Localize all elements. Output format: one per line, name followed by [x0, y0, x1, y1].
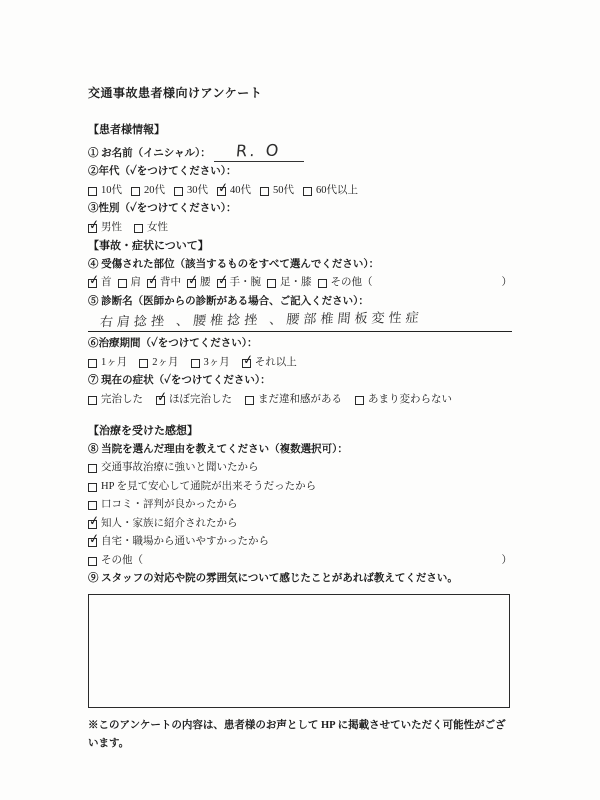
checkbox-label: 2ヶ月	[152, 354, 178, 373]
age-options-row: ✓ 10代 ✓ 20代 ✓ 30代 ✓ 40代 ✓ 50代 ✓ 60代以上	[88, 182, 512, 201]
checkbox[interactable]: ✓	[242, 359, 251, 368]
duration-checkbox-option[interactable]: ✓ それ以上	[242, 354, 297, 373]
checkbox-label: 腰	[200, 274, 211, 293]
checkbox[interactable]: ✓	[88, 187, 97, 196]
reason-checkbox-option[interactable]: ✓ 知人・家族に紹介されたから	[88, 515, 512, 534]
check-icon: ✓	[88, 272, 101, 292]
handwritten-comment-line	[103, 601, 497, 604]
diagnosis-field[interactable]: 右肩捻挫 、腰椎捻挫 、腰部椎間板変性症	[88, 311, 512, 332]
handwritten-comment-line	[103, 601, 497, 604]
checkbox[interactable]: ✓	[147, 279, 156, 288]
checkbox[interactable]: ✓	[187, 279, 196, 288]
checkbox[interactable]: ✓	[174, 187, 183, 196]
check-icon: ✓	[88, 531, 101, 551]
check-icon: ✓	[88, 512, 101, 532]
checkbox-label: 自宅・職場から通いやすかったから	[101, 533, 269, 552]
checkbox[interactable]: ✓	[88, 501, 97, 510]
hp-publication-note: ※このアンケートの内容は、患者様のお声として HP に掲載させていただく可能性が…	[88, 717, 512, 753]
body-part-checkbox-option[interactable]: ✓ 肩	[118, 274, 142, 293]
age-checkbox-option[interactable]: ✓ 50代	[260, 182, 294, 201]
checkbox[interactable]: ✓	[134, 224, 143, 233]
checkbox-label: 女性	[147, 219, 168, 238]
check-icon: ✓	[242, 351, 255, 371]
diagnosis-question-label: ⑤ 診断名（医師からの診断がある場合、ご記入ください）：	[88, 293, 512, 312]
checkbox-label: 背中	[160, 274, 181, 293]
checkbox-label: 手・腕	[230, 274, 262, 293]
checkbox-label: 1ヶ月	[101, 354, 127, 373]
reason-checkbox-option[interactable]: ✓ その他（ ）	[88, 552, 512, 571]
age-checkbox-option[interactable]: ✓ 20代	[131, 182, 165, 201]
checkbox-label: まだ違和感がある	[258, 391, 342, 410]
duration-question-label: ⑥治療期間（✓をつけてください）：	[88, 335, 512, 354]
checkbox[interactable]: ✓	[260, 187, 269, 196]
check-icon: ✓	[156, 388, 169, 408]
checkbox-label: 60代以上	[316, 182, 358, 201]
checkbox-label: ほぼ完治した	[169, 391, 232, 410]
body-parts-options-row: ✓ 首 ✓ 肩 ✓ 背中 ✓ 腰 ✓ 手・腕 ✓ 足・膝	[88, 274, 512, 293]
reason-checkbox-option[interactable]: ✓ HP を見て安心して通院が出来そうだったから	[88, 478, 512, 497]
age-checkbox-option[interactable]: ✓ 10代	[88, 182, 122, 201]
duration-checkbox-option[interactable]: ✓ 1ヶ月	[88, 354, 127, 373]
symptom-checkbox-option[interactable]: ✓ ほぼ完治した	[156, 391, 232, 410]
section-heading-accident: 【事故・症状について】	[88, 237, 512, 256]
checkbox-label: 10代	[101, 182, 122, 201]
symptom-checkbox-option[interactable]: ✓ あまり変わらない	[355, 391, 452, 410]
reasons-options-list: ✓ 交通事故治療に強いと聞いたから ✓ HP を見て安心して通院が出来そうだった…	[88, 459, 512, 570]
checkbox[interactable]: ✓	[191, 359, 200, 368]
checkbox[interactable]: ✓	[88, 464, 97, 473]
duration-checkbox-option[interactable]: ✓ 3ヶ月	[191, 354, 230, 373]
page-title: 交通事故患者様向けアンケート	[88, 84, 512, 103]
check-icon: ✓	[217, 179, 230, 199]
name-field[interactable]: R. O	[214, 141, 304, 162]
checkbox-label: 口コミ・評判が良かったから	[101, 496, 238, 515]
checkbox[interactable]: ✓	[318, 279, 327, 288]
close-paren: ）	[502, 274, 513, 293]
body-part-checkbox-option[interactable]: ✓ 背中	[147, 274, 181, 293]
checkbox-label: 20代	[144, 182, 165, 201]
body-part-checkbox-option[interactable]: ✓ 腰	[187, 274, 211, 293]
reason-checkbox-option[interactable]: ✓ 自宅・職場から通いやすかったから	[88, 533, 512, 552]
close-paren: ）	[502, 552, 513, 571]
check-icon: ✓	[187, 272, 200, 292]
symptom-checkbox-option[interactable]: ✓ まだ違和感がある	[245, 391, 342, 410]
staff-comment-box[interactable]	[88, 594, 510, 708]
gender-question-label: ③性別（✓をつけてください）：	[88, 200, 512, 219]
checkbox-label: 完治した	[101, 391, 143, 410]
checkbox[interactable]: ✓	[88, 520, 97, 529]
age-checkbox-option[interactable]: ✓ 40代	[217, 182, 251, 201]
scanned-survey-page: 交通事故患者様向けアンケート 【患者様情報】 ① お名前（イニシャル）： R. …	[0, 0, 600, 800]
check-icon: ✓	[147, 272, 160, 292]
checkbox-label: 50代	[273, 182, 294, 201]
checkbox[interactable]: ✓	[139, 359, 148, 368]
checkbox[interactable]: ✓	[217, 187, 226, 196]
checkbox-label: 交通事故治療に強いと聞いたから	[101, 459, 259, 478]
age-checkbox-option[interactable]: ✓ 60代以上	[303, 182, 358, 201]
checkbox[interactable]: ✓	[88, 557, 97, 566]
duration-checkbox-option[interactable]: ✓ 2ヶ月	[139, 354, 178, 373]
checkbox[interactable]: ✓	[118, 279, 127, 288]
reason-checkbox-option[interactable]: ✓ 交通事故治療に強いと聞いたから	[88, 459, 512, 478]
checkbox-label: 3ヶ月	[204, 354, 230, 373]
handwritten-comment-line	[103, 601, 497, 604]
gender-checkbox-option[interactable]: ✓ 男性	[88, 219, 122, 238]
checkbox[interactable]: ✓	[88, 279, 97, 288]
reasons-question-label: ⑧ 当院を選んだ理由を教えてください（複数選択可）：	[88, 441, 512, 460]
checkbox[interactable]: ✓	[217, 279, 226, 288]
checkbox-label: 首	[101, 274, 112, 293]
age-question-label: ②年代（✓をつけてください）：	[88, 163, 512, 182]
check-icon: ✓	[88, 216, 101, 236]
body-part-checkbox-option[interactable]: ✓ その他（ ）	[318, 274, 513, 293]
checkbox-label: 肩	[131, 274, 142, 293]
checkbox[interactable]: ✓	[88, 538, 97, 547]
gender-options-row: ✓ 男性 ✓ 女性	[88, 219, 512, 238]
symptoms-question-label: ⑦ 現在の症状（✓をつけてください）：	[88, 372, 512, 391]
name-question-label: ① お名前（イニシャル）：	[88, 146, 211, 162]
checkbox-label: 足・膝	[280, 274, 312, 293]
section-heading-patient-info: 【患者様情報】	[88, 121, 512, 140]
checkbox-label: HP を見て安心して通院が出来そうだったから	[101, 478, 316, 497]
diagnosis-value-handwritten: 右肩捻挫 、腰椎捻挫 、腰部椎間板変性症	[99, 309, 424, 333]
checkbox[interactable]: ✓	[88, 359, 97, 368]
age-checkbox-option[interactable]: ✓ 30代	[174, 182, 208, 201]
checkbox-label: それ以上	[255, 354, 297, 373]
question-name: ① お名前（イニシャル）： R. O	[88, 139, 512, 162]
checkbox[interactable]: ✓	[267, 279, 276, 288]
symptoms-options-row: ✓ 完治した ✓ ほぼ完治した ✓ まだ違和感がある ✓ あまり変わらない	[88, 391, 512, 410]
staff-comment-question-label: ⑨ スタッフの対応や院の雰囲気について感じたことがあれば教えてください。	[88, 570, 512, 589]
section-heading-impressions: 【治療を受けた感想】	[88, 422, 512, 441]
checkbox-label: 知人・家族に紹介されたから	[101, 515, 238, 534]
checkbox[interactable]: ✓	[303, 187, 312, 196]
survey-content: 交通事故患者様向けアンケート 【患者様情報】 ① お名前（イニシャル）： R. …	[88, 84, 512, 753]
checkbox[interactable]: ✓	[88, 224, 97, 233]
check-icon: ✓	[216, 272, 229, 292]
symptom-checkbox-option[interactable]: ✓ 完治した	[88, 391, 143, 410]
handwritten-comment-line	[103, 601, 497, 604]
checkbox[interactable]: ✓	[88, 396, 97, 405]
checkbox[interactable]: ✓	[355, 396, 364, 405]
reason-checkbox-option[interactable]: ✓ 口コミ・評判が良かったから	[88, 496, 512, 515]
body-part-checkbox-option[interactable]: ✓ 足・膝	[267, 274, 312, 293]
name-value-handwritten: R. O	[235, 141, 282, 162]
duration-options-row: ✓ 1ヶ月 ✓ 2ヶ月 ✓ 3ヶ月 ✓ それ以上	[88, 354, 512, 373]
checkbox-label: 男性	[101, 219, 122, 238]
body-part-checkbox-option[interactable]: ✓ 首	[88, 274, 112, 293]
body-part-checkbox-option[interactable]: ✓ 手・腕	[217, 274, 262, 293]
checkbox-label: その他（	[101, 552, 143, 571]
gender-checkbox-option[interactable]: ✓ 女性	[134, 219, 168, 238]
checkbox[interactable]: ✓	[131, 187, 140, 196]
checkbox-label: その他（	[331, 274, 373, 293]
checkbox-label: 30代	[187, 182, 208, 201]
checkbox[interactable]: ✓	[156, 396, 165, 405]
checkbox-label: 40代	[230, 182, 251, 201]
checkbox[interactable]: ✓	[245, 396, 254, 405]
checkbox[interactable]: ✓	[88, 483, 97, 492]
checkbox-label: あまり変わらない	[368, 391, 452, 410]
